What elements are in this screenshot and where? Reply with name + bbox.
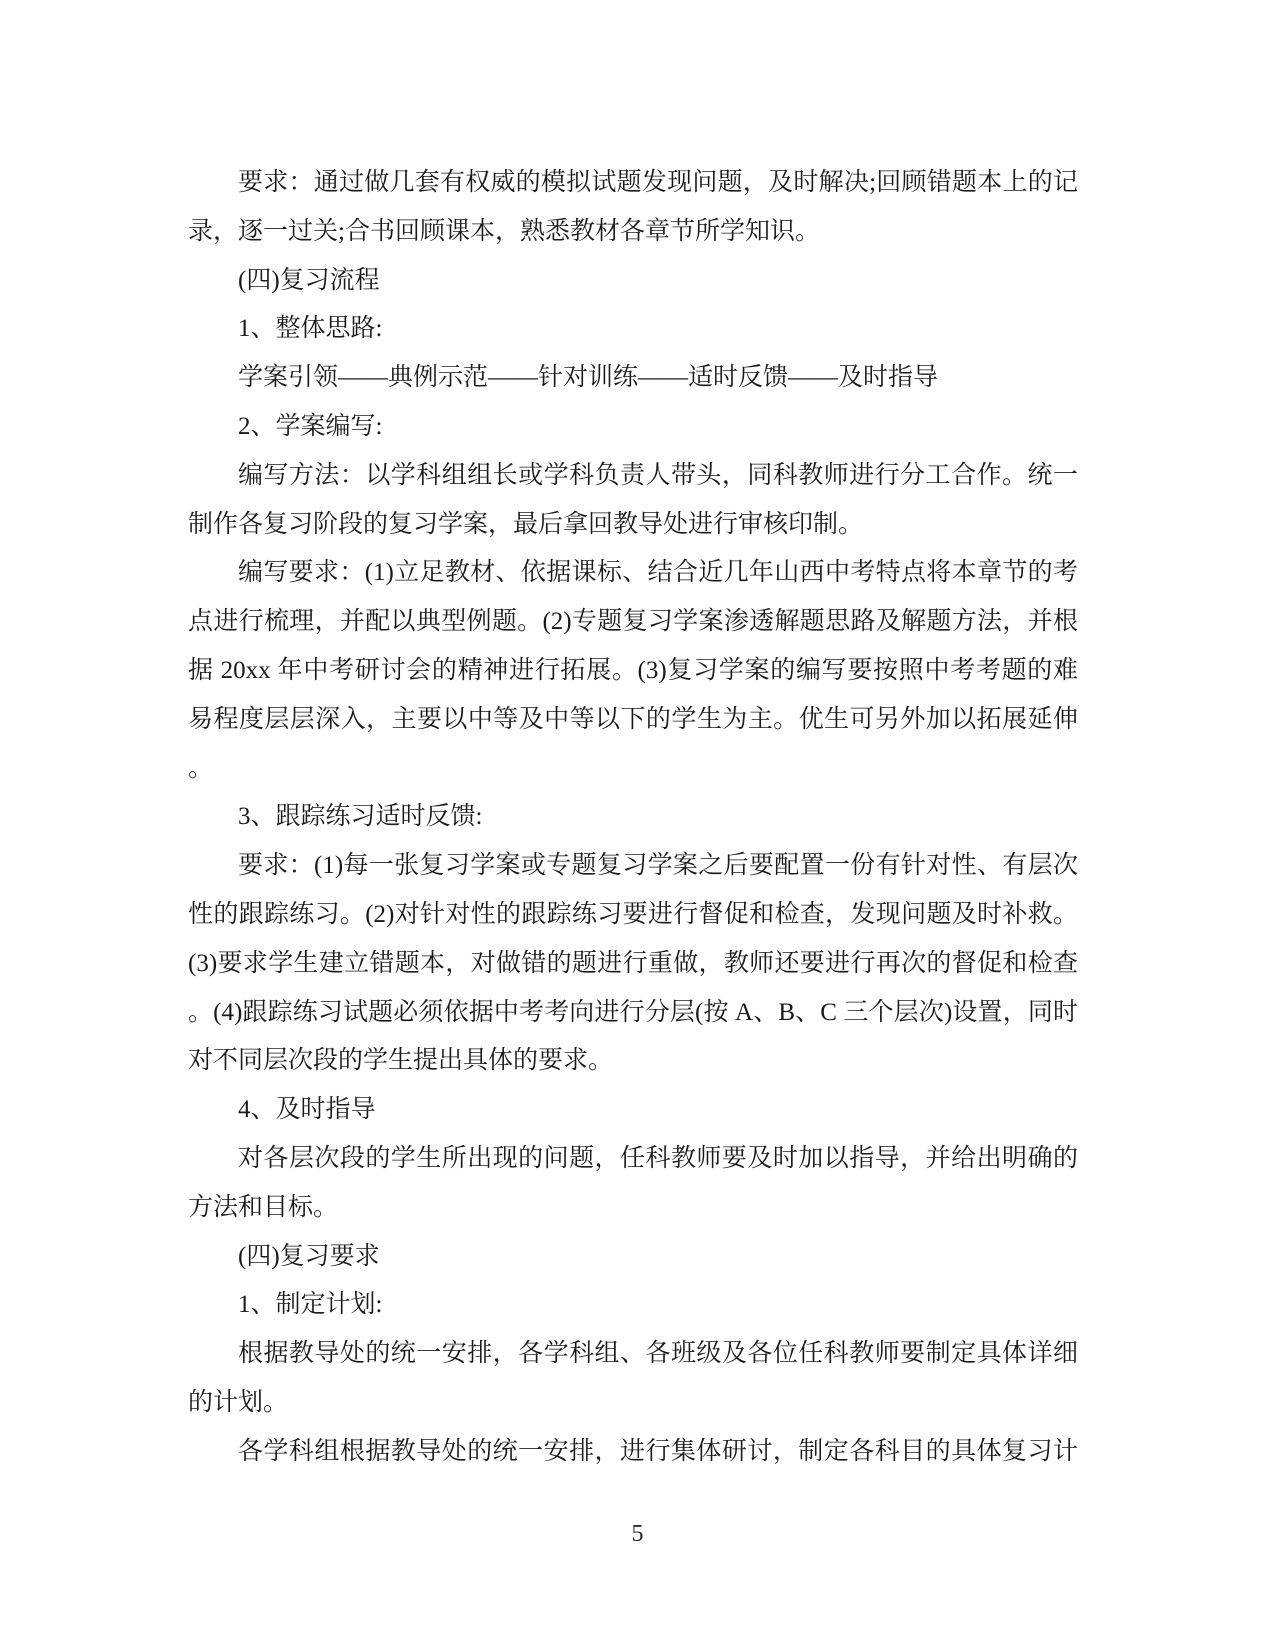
text-line: 根据教导处的统一安排，各学科组、各班级及各位任科教师要制定具体详细	[188, 1330, 1078, 1379]
text-line: 3、跟踪练习适时反馈:	[188, 793, 1078, 842]
text-line: 对不同层次段的学生提出具体的要求。	[188, 1037, 1078, 1086]
text-line: 1、整体思路:	[188, 305, 1078, 354]
text-line: 性的跟踪练习。(2)对针对性的跟踪练习要进行督促和检查，发现问题及时补救。	[188, 891, 1078, 940]
text-line: 据 20xx 年中考研讨会的精神进行拓展。(3)复习学案的编写要按照中考考题的难	[188, 647, 1078, 696]
text-line: (四)复习流程	[188, 257, 1078, 306]
text-line: 对各层次段的学生所出现的问题，任科教师要及时加以指导，并给出明确的	[188, 1135, 1078, 1184]
text-line: 要求：(1)每一张复习学案或专题复习学案之后要配置一份有针对性、有层次	[188, 842, 1078, 891]
page-footer: 5	[0, 1521, 1275, 1548]
text-line: 2、学案编写:	[188, 403, 1078, 452]
text-line: 4、及时指导	[188, 1086, 1078, 1135]
page-number: 5	[632, 1521, 644, 1547]
text-line: 易程度层层深入，主要以中等及中等以下的学生为主。优生可另外加以拓展延伸	[188, 696, 1078, 745]
text-line: 的计划。	[188, 1379, 1078, 1428]
text-line: (四)复习要求	[188, 1233, 1078, 1282]
text-line: 1、制定计划:	[188, 1281, 1078, 1330]
document-page: 要求：通过做几套有权威的模拟试题发现问题，及时解决;回顾错题本上的记录，逐一过关…	[0, 0, 1275, 1651]
document-body: 要求：通过做几套有权威的模拟试题发现问题，及时解决;回顾错题本上的记录，逐一过关…	[188, 159, 1078, 1477]
text-line: 点进行梳理，并配以典型例题。(2)专题复习学案渗透解题思路及解题方法，并根	[188, 598, 1078, 647]
text-line: 录，逐一过关;合书回顾课本，熟悉教材各章节所学知识。	[188, 208, 1078, 257]
text-line: 学案引领——典例示范——针对训练——适时反馈——及时指导	[188, 354, 1078, 403]
text-line: (3)要求学生建立错题本，对做错的题进行重做，教师还要进行再次的督促和检查	[188, 940, 1078, 989]
text-line: 。	[188, 745, 1078, 794]
text-line: 编写要求：(1)立足教材、依据课标、结合近几年山西中考特点将本章节的考	[188, 549, 1078, 598]
text-line: 编写方法：以学科组组长或学科负责人带头，同科教师进行分工合作。统一	[188, 452, 1078, 501]
text-line: 。(4)跟踪练习试题必须依据中考考向进行分层(按 A、B、C 三个层次)设置，同…	[188, 989, 1078, 1038]
text-line: 要求：通过做几套有权威的模拟试题发现问题，及时解决;回顾错题本上的记	[188, 159, 1078, 208]
text-line: 各学科组根据教导处的统一安排，进行集体研讨，制定各科目的具体复习计	[188, 1428, 1078, 1477]
text-line: 制作各复习阶段的复习学案，最后拿回教导处进行审核印制。	[188, 501, 1078, 550]
text-line: 方法和目标。	[188, 1184, 1078, 1233]
